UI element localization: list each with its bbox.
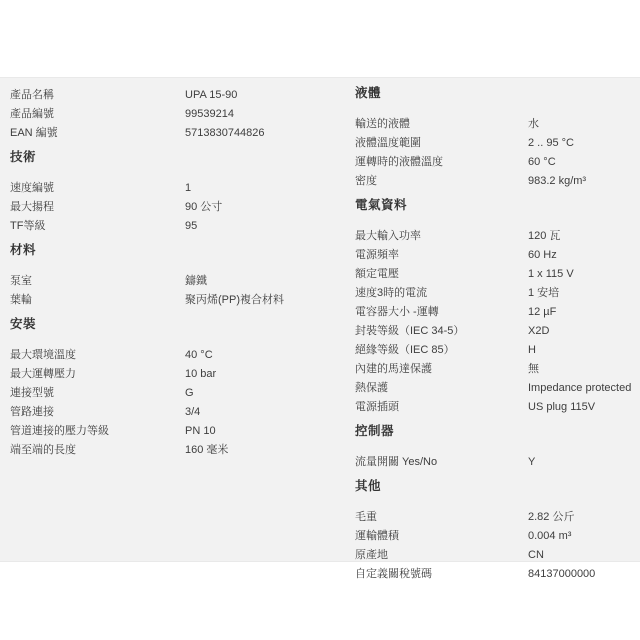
spec-row: 連接型號G xyxy=(10,384,325,403)
spec-value: 99539214 xyxy=(185,105,325,124)
spec-row: 流量開關 Yes/NoY xyxy=(355,453,635,472)
spec-section: 其他毛重2.82 公斤運輸體積0.004 m³原產地CN自定義關稅號碼84137… xyxy=(355,479,635,584)
spec-label: 液體溫度範圍 xyxy=(355,134,528,153)
spec-value: G xyxy=(185,384,325,403)
spec-row: 密度983.2 kg/m³ xyxy=(355,172,635,191)
section-header: 液體 xyxy=(355,86,635,101)
spec-label: 產品名稱 xyxy=(10,86,185,105)
spec-row: 自定義關稅號碼84137000000 xyxy=(355,565,635,584)
spec-value: 鑄鐵 xyxy=(185,272,325,291)
spec-row: 運轉時的液體溫度60 °C xyxy=(355,153,635,172)
spec-row: 產品編號99539214 xyxy=(10,105,325,124)
spec-value: PN 10 xyxy=(185,422,325,441)
spec-row: 額定電壓1 x 115 V xyxy=(355,265,635,284)
spec-row: 電源插頭US plug 115V xyxy=(355,398,635,417)
section-header: 安裝 xyxy=(10,317,325,332)
section-header: 其他 xyxy=(355,479,635,494)
spec-value: 12 µF xyxy=(528,303,635,322)
spec-value: 水 xyxy=(528,115,635,134)
spec-value: 95 xyxy=(185,217,325,236)
spec-section: 液體輸送的液體水液體溫度範圍2 .. 95 °C運轉時的液體溫度60 °C密度9… xyxy=(355,86,635,191)
spec-row: 速度3時的電流1 安培 xyxy=(355,284,635,303)
spec-row: 管道連接的壓力等級PN 10 xyxy=(10,422,325,441)
spec-label: EAN 編號 xyxy=(10,124,185,143)
spec-section: 控制器流量開關 Yes/NoY xyxy=(355,424,635,472)
spec-label: 最大輸入功率 xyxy=(355,227,528,246)
spec-label: 輸送的液體 xyxy=(355,115,528,134)
spec-section: 安裝最大環境溫度40 °C最大運轉壓力10 bar連接型號G管路連接3/4管道連… xyxy=(10,317,325,460)
spec-label: 自定義關稅號碼 xyxy=(355,565,528,584)
spec-value: 90 公寸 xyxy=(185,198,325,217)
spec-row: 最大揚程90 公寸 xyxy=(10,198,325,217)
spec-section: 產品名稱UPA 15-90產品編號99539214EAN 編號571383074… xyxy=(10,86,325,143)
spec-value: 60 Hz xyxy=(528,246,635,265)
spec-row: 毛重2.82 公斤 xyxy=(355,508,635,527)
spec-row: EAN 編號5713830744826 xyxy=(10,124,325,143)
spec-label: 毛重 xyxy=(355,508,528,527)
spec-label: 絕緣等級（IEC 85） xyxy=(355,341,528,360)
spec-value: 1 xyxy=(185,179,325,198)
spec-column-left: 產品名稱UPA 15-90產品編號99539214EAN 編號571383074… xyxy=(10,86,325,460)
spec-row: 運輸體積0.004 m³ xyxy=(355,527,635,546)
spec-label: 最大運轉壓力 xyxy=(10,365,185,384)
spec-value: 無 xyxy=(528,360,635,379)
spec-row: 端至端的長度160 毫米 xyxy=(10,441,325,460)
spec-row: 最大環境溫度40 °C xyxy=(10,346,325,365)
spec-row: 熱保護Impedance protected xyxy=(355,379,635,398)
spec-label: 速度3時的電流 xyxy=(355,284,528,303)
spec-label: 額定電壓 xyxy=(355,265,528,284)
spec-row: 電容器大小 -運轉12 µF xyxy=(355,303,635,322)
spec-row: 管路連接3/4 xyxy=(10,403,325,422)
spec-row: 最大輸入功率120 瓦 xyxy=(355,227,635,246)
section-header: 技術 xyxy=(10,150,325,165)
spec-row: 最大運轉壓力10 bar xyxy=(10,365,325,384)
spec-value: 10 bar xyxy=(185,365,325,384)
spec-value: X2D xyxy=(528,322,635,341)
spec-value: 1 x 115 V xyxy=(528,265,635,284)
spec-value: 3/4 xyxy=(185,403,325,422)
spec-section: 電氣資料最大輸入功率120 瓦電源頻率60 Hz額定電壓1 x 115 V速度3… xyxy=(355,198,635,417)
spec-value: 60 °C xyxy=(528,153,635,172)
spec-value: US plug 115V xyxy=(528,398,635,417)
spec-value: 40 °C xyxy=(185,346,325,365)
spec-label: 內建的馬達保護 xyxy=(355,360,528,379)
section-header: 電氣資料 xyxy=(355,198,635,213)
product-page: 產品名稱UPA 15-90產品編號99539214EAN 編號571383074… xyxy=(0,0,640,640)
spec-label: 運轉時的液體溫度 xyxy=(355,153,528,172)
spec-row: 絕緣等級（IEC 85）H xyxy=(355,341,635,360)
product-spec-panel: 產品名稱UPA 15-90產品編號99539214EAN 編號571383074… xyxy=(0,77,640,562)
spec-row: 速度編號1 xyxy=(10,179,325,198)
spec-row: 輸送的液體水 xyxy=(355,115,635,134)
spec-column-right: 液體輸送的液體水液體溫度範圍2 .. 95 °C運轉時的液體溫度60 °C密度9… xyxy=(355,86,635,584)
spec-row: 內建的馬達保護無 xyxy=(355,360,635,379)
spec-label: TF等級 xyxy=(10,217,185,236)
spec-label: 電源插頭 xyxy=(355,398,528,417)
spec-value: UPA 15-90 xyxy=(185,86,325,105)
spec-label: 泵室 xyxy=(10,272,185,291)
spec-row: 原產地CN xyxy=(355,546,635,565)
spec-label: 電源頻率 xyxy=(355,246,528,265)
spec-value: 1 安培 xyxy=(528,284,635,303)
spec-label: 端至端的長度 xyxy=(10,441,185,460)
spec-label: 電容器大小 -運轉 xyxy=(355,303,528,322)
spec-label: 速度編號 xyxy=(10,179,185,198)
spec-label: 密度 xyxy=(355,172,528,191)
spec-row: 泵室鑄鐵 xyxy=(10,272,325,291)
spec-label: 熱保護 xyxy=(355,379,528,398)
spec-row: 液體溫度範圍2 .. 95 °C xyxy=(355,134,635,153)
spec-row: 封裝等級（IEC 34-5）X2D xyxy=(355,322,635,341)
spec-label: 流量開關 Yes/No xyxy=(355,453,528,472)
spec-row: 產品名稱UPA 15-90 xyxy=(10,86,325,105)
section-header: 控制器 xyxy=(355,424,635,439)
spec-value: 84137000000 xyxy=(528,565,635,584)
spec-value: 160 毫米 xyxy=(185,441,325,460)
spec-value: CN xyxy=(528,546,635,565)
spec-value: H xyxy=(528,341,635,360)
spec-value: 2.82 公斤 xyxy=(528,508,635,527)
spec-row: 電源頻率60 Hz xyxy=(355,246,635,265)
spec-value: 5713830744826 xyxy=(185,124,325,143)
spec-label: 連接型號 xyxy=(10,384,185,403)
spec-value: 聚丙烯(PP)複合材料 xyxy=(185,291,325,310)
spec-value: 0.004 m³ xyxy=(528,527,635,546)
spec-section: 材料泵室鑄鐵葉輪聚丙烯(PP)複合材料 xyxy=(10,243,325,310)
spec-label: 最大揚程 xyxy=(10,198,185,217)
spec-label: 管道連接的壓力等級 xyxy=(10,422,185,441)
spec-label: 管路連接 xyxy=(10,403,185,422)
spec-label: 運輸體積 xyxy=(355,527,528,546)
spec-value: Impedance protected xyxy=(528,379,635,398)
spec-value: 983.2 kg/m³ xyxy=(528,172,635,191)
spec-value: Y xyxy=(528,453,635,472)
spec-label: 葉輪 xyxy=(10,291,185,310)
spec-value: 2 .. 95 °C xyxy=(528,134,635,153)
spec-label: 封裝等級（IEC 34-5） xyxy=(355,322,528,341)
spec-value: 120 瓦 xyxy=(528,227,635,246)
spec-label: 原產地 xyxy=(355,546,528,565)
spec-row: 葉輪聚丙烯(PP)複合材料 xyxy=(10,291,325,310)
spec-label: 產品編號 xyxy=(10,105,185,124)
spec-section: 技術速度編號1最大揚程90 公寸TF等級95 xyxy=(10,150,325,236)
spec-label: 最大環境溫度 xyxy=(10,346,185,365)
section-header: 材料 xyxy=(10,243,325,258)
spec-row: TF等級95 xyxy=(10,217,325,236)
